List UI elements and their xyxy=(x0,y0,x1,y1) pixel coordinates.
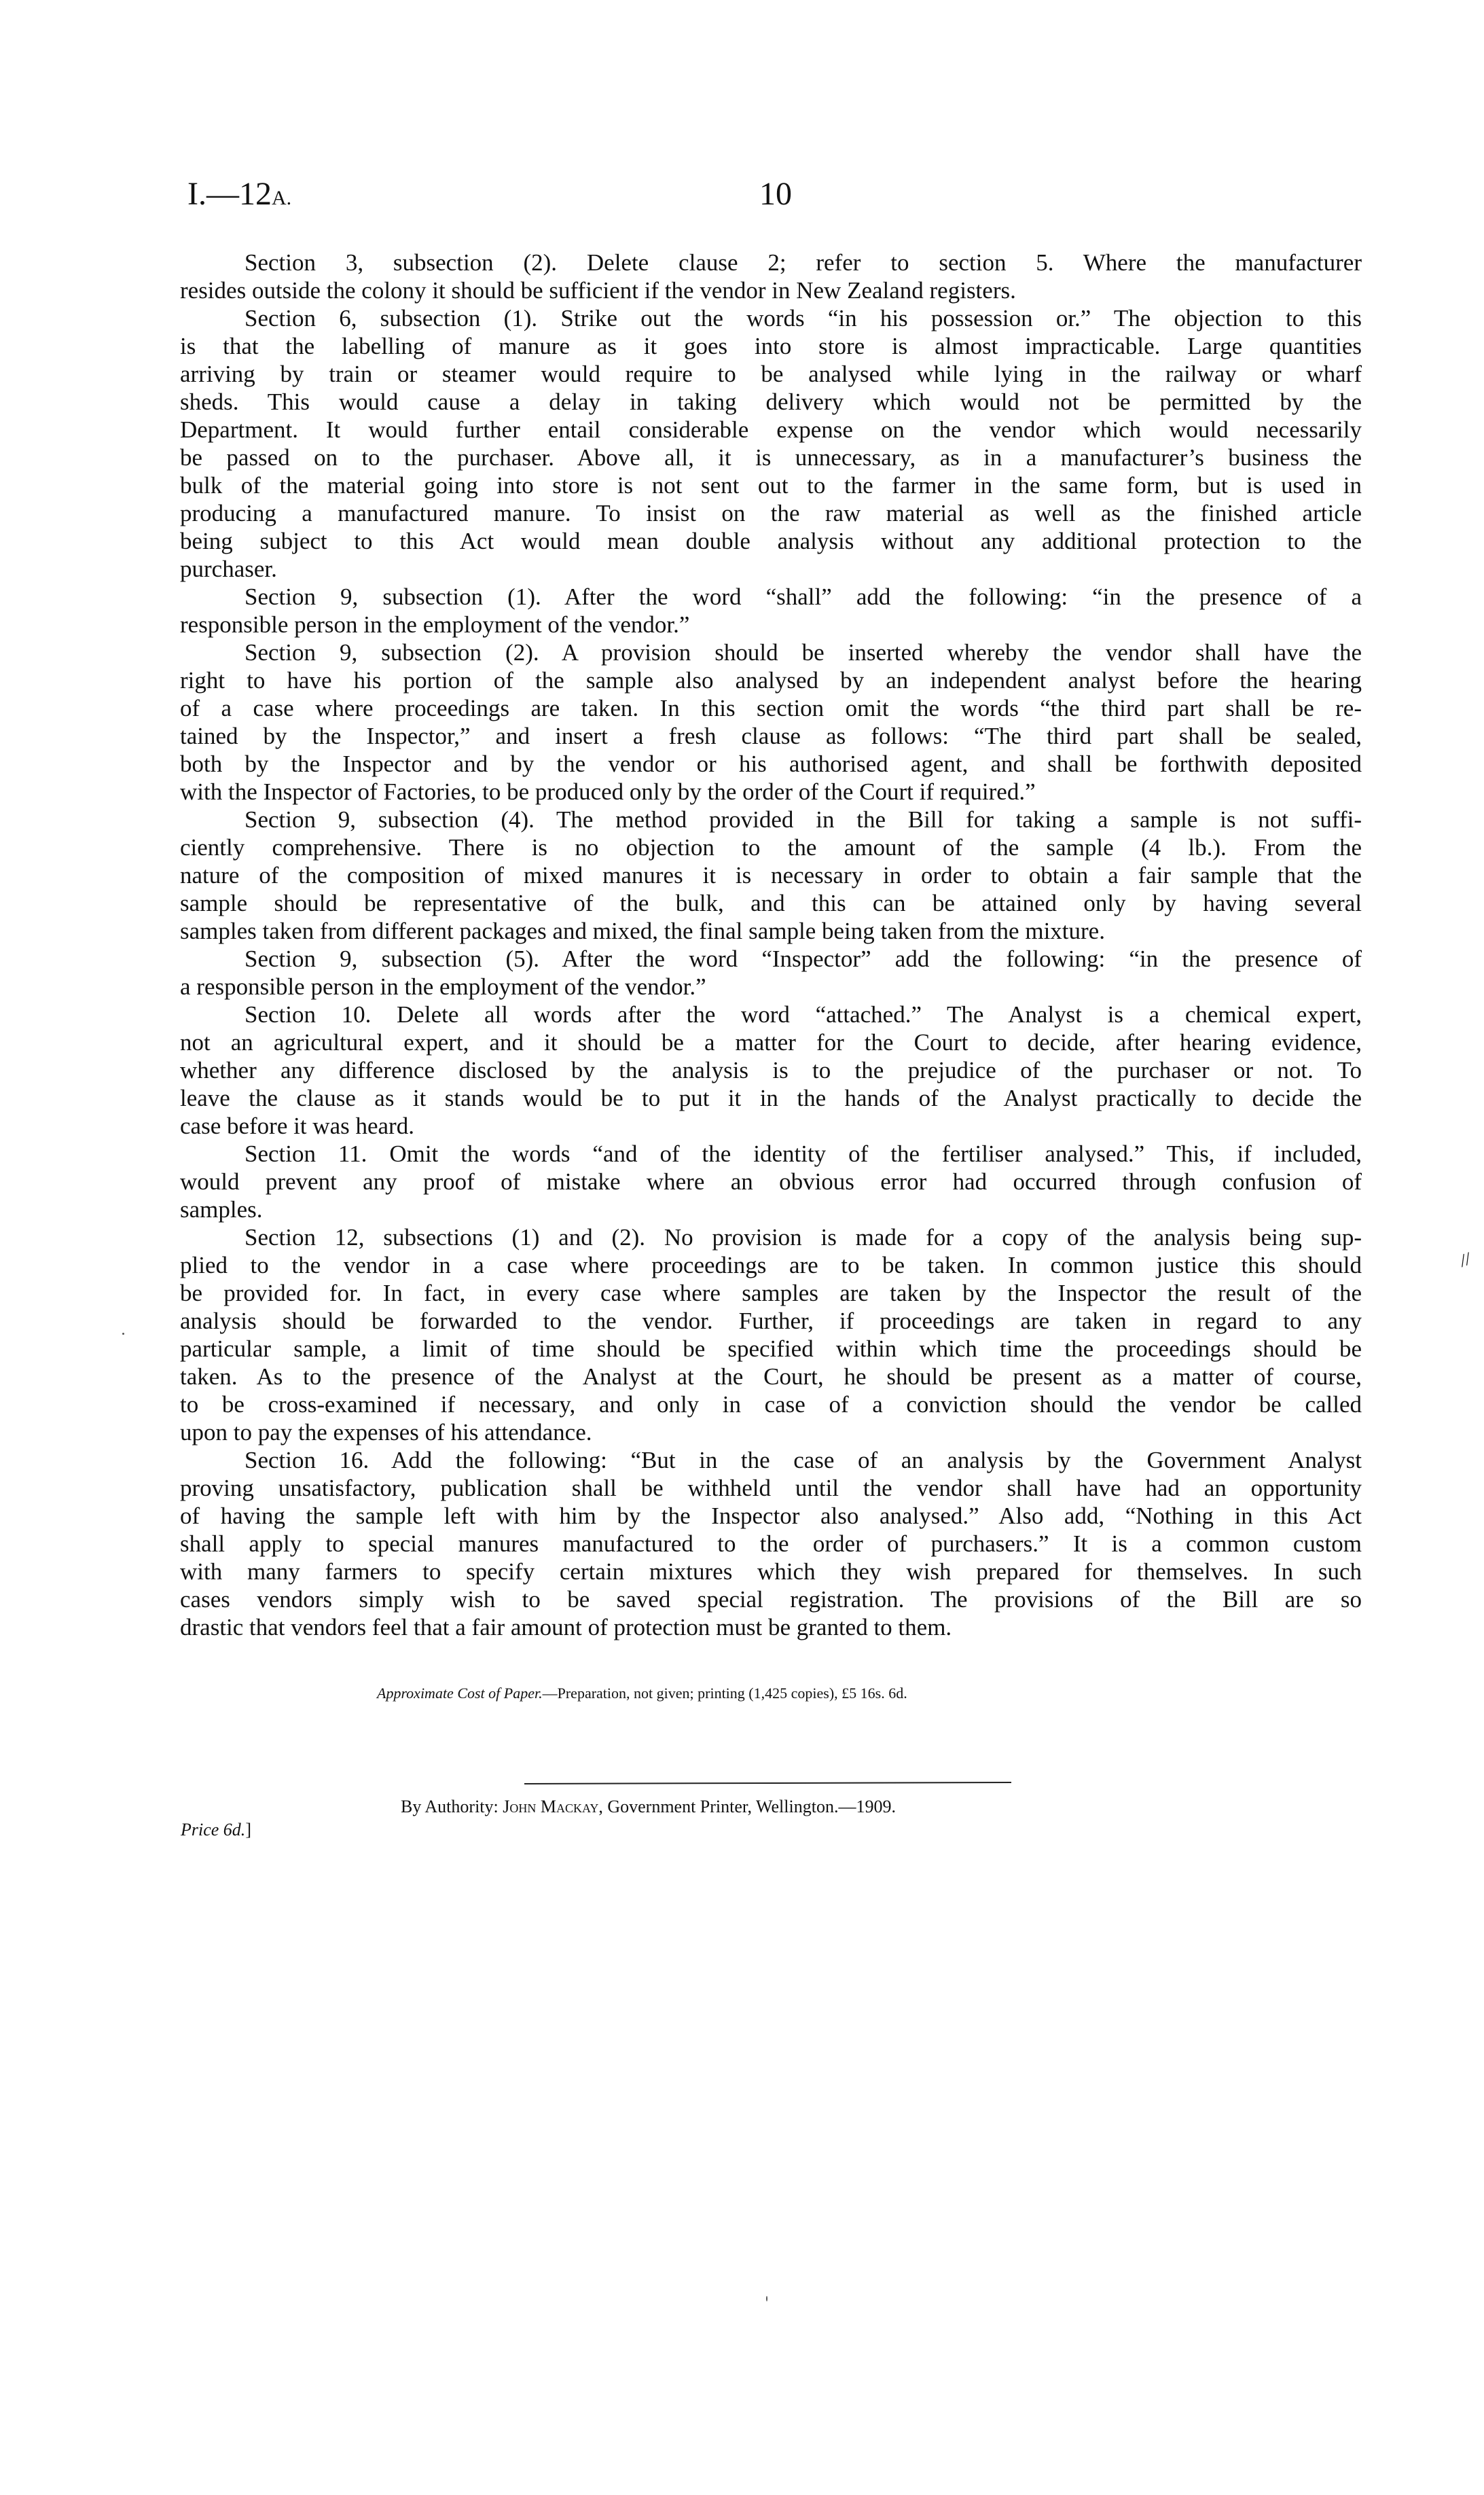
paragraph-first-line: Section 9, subsection (5). After the wor… xyxy=(180,945,1362,973)
paragraph-line: whether any difference disclosed by the … xyxy=(180,1056,1362,1084)
paragraph-line: particular sample, a limit of time shoul… xyxy=(180,1335,1362,1363)
paragraph-line: samples. xyxy=(180,1196,1362,1223)
paragraph-line: sheds. This would cause a delay in takin… xyxy=(180,388,1362,416)
paragraph-line: would prevent any proof of mistake where… xyxy=(180,1168,1362,1196)
paragraph-first-line: Section 6, subsection (1). Strike out th… xyxy=(180,304,1362,332)
paragraph-line: drastic that vendors feel that a fair am… xyxy=(180,1613,1362,1641)
scan-speck xyxy=(122,1333,124,1335)
paragraph-line: producing a manufactured manure. To insi… xyxy=(180,499,1362,527)
price-note: Price 6d.] xyxy=(181,1819,251,1841)
paragraph-line: being subject to this Act would mean dou… xyxy=(180,527,1362,555)
paragraph-line: purchaser. xyxy=(180,555,1362,583)
price-label: Price 6d. xyxy=(181,1820,245,1839)
paragraph-first-line: Section 9, subsection (1). After the wor… xyxy=(180,583,1362,611)
document-page: I.—12A. 10 Section 3, subsection (2). De… xyxy=(0,0,1484,2495)
paragraph-line: be provided for. In fact, in every case … xyxy=(180,1279,1362,1307)
cost-text: —Preparation, not given; printing (1,425… xyxy=(543,1685,907,1702)
document-body: Section 3, subsection (2). Delete clause… xyxy=(180,249,1362,1641)
authority-prefix: By Authority: xyxy=(401,1797,503,1816)
footer-divider xyxy=(524,1782,1011,1784)
paragraph-first-line: Section 12, subsections (1) and (2). No … xyxy=(180,1223,1362,1251)
paragraph-line: sample should be representative of the b… xyxy=(180,889,1362,917)
paragraph-line: bulk of the material going into store is… xyxy=(180,471,1362,499)
paragraph-first-line: Section 11. Omit the words “and of the i… xyxy=(180,1140,1362,1168)
paragraph-line: right to have his portion of the sample … xyxy=(180,666,1362,694)
paragraph-line: case before it was heard. xyxy=(180,1112,1362,1140)
printer-name: John Mackay xyxy=(503,1797,598,1816)
scan-speck xyxy=(766,2296,767,2301)
authority-suffix: , Government Printer, Wellington.—1909. xyxy=(598,1797,896,1816)
paragraph-line: taken. As to the presence of the Analyst… xyxy=(180,1363,1362,1390)
paragraph-line: of a case where proceedings are taken. I… xyxy=(180,694,1362,722)
paragraph-first-line: Section 9, subsection (2). A provision s… xyxy=(180,639,1362,666)
paragraph-first-line: Section 16. Add the following: “But in t… xyxy=(180,1446,1362,1474)
paragraph-line: analysis should be forwarded to the vend… xyxy=(180,1307,1362,1335)
paragraph-line: of having the sample left with him by th… xyxy=(180,1502,1362,1530)
document-reference: I.—12A. xyxy=(187,175,291,217)
paragraph-first-line: Section 9, subsection (4). The method pr… xyxy=(180,806,1362,833)
margin-annotation-mark: // xyxy=(1458,1250,1472,1270)
price-bracket: ] xyxy=(245,1820,251,1839)
paragraph-line: to be cross-examined if necessary, and o… xyxy=(180,1390,1362,1418)
paragraph-line: resides outside the colony it should be … xyxy=(180,276,1362,304)
paragraph-line: with many farmers to specify certain mix… xyxy=(180,1558,1362,1585)
paragraph-line: responsible person in the employment of … xyxy=(180,611,1362,639)
paragraph-line: is that the labelling of manure as it go… xyxy=(180,332,1362,360)
paragraph-line: not an agricultural expert, and it shoul… xyxy=(180,1028,1362,1056)
paragraph-line: be passed on to the purchaser. Above all… xyxy=(180,444,1362,471)
reference-main: I.—12 xyxy=(187,176,272,212)
paragraph-line: shall apply to special manures manufactu… xyxy=(180,1530,1362,1558)
paragraph-line: upon to pay the expenses of his attendan… xyxy=(180,1418,1362,1446)
paragraph-line: cases vendors simply wish to be saved sp… xyxy=(180,1585,1362,1613)
paragraph-first-line: Section 10. Delete all words after the w… xyxy=(180,1001,1362,1028)
paragraph-line: tained by the Inspector,” and insert a f… xyxy=(180,722,1362,750)
cost-label: Approximate Cost of Paper. xyxy=(377,1685,543,1702)
paragraph-line: nature of the composition of mixed manur… xyxy=(180,861,1362,889)
paragraph-line: samples taken from different packages an… xyxy=(180,917,1362,945)
reference-suffix: A. xyxy=(272,187,291,209)
printer-imprint: By Authority: John Mackay, Government Pr… xyxy=(401,1796,896,1818)
paragraph-line: Department. It would further entail cons… xyxy=(180,416,1362,444)
paragraph-first-line: Section 3, subsection (2). Delete clause… xyxy=(180,249,1362,276)
paragraph-line: ciently comprehensive. There is no objec… xyxy=(180,833,1362,861)
cost-of-paper-note: Approximate Cost of Paper.—Preparation, … xyxy=(377,1683,1165,1704)
paragraph-line: with the Inspector of Factories, to be p… xyxy=(180,778,1362,806)
paragraph-line: both by the Inspector and by the vendor … xyxy=(180,750,1362,778)
paragraph-line: arriving by train or steamer would requi… xyxy=(180,360,1362,388)
paragraph-line: leave the clause as it stands would be t… xyxy=(180,1084,1362,1112)
page-number: 10 xyxy=(759,175,792,213)
paragraph-line: plied to the vendor in a case where proc… xyxy=(180,1251,1362,1279)
paragraph-line: a responsible person in the employment o… xyxy=(180,973,1362,1001)
paragraph-line: proving unsatisfactory, publication shal… xyxy=(180,1474,1362,1502)
